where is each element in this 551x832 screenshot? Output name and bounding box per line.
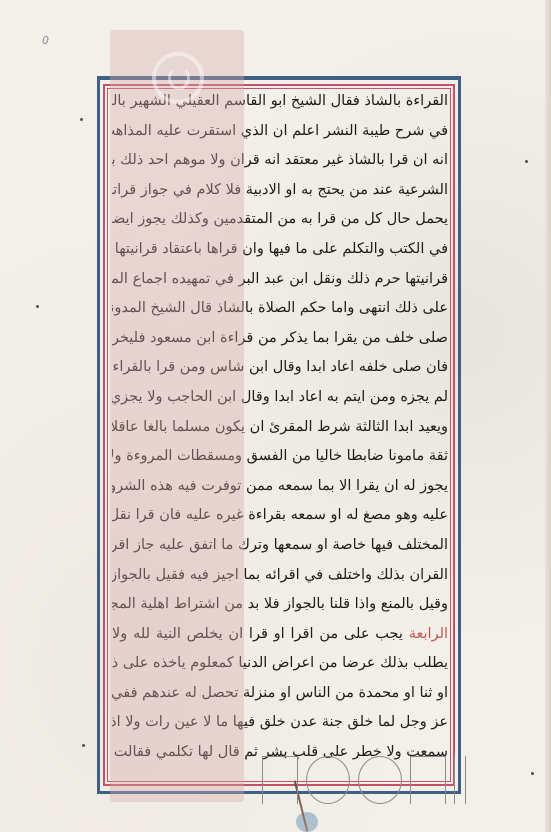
text-line-10: فان صلى خلفه اعاد ابدا وقال ابن شاس ومن … [112, 352, 448, 382]
text-line-4: الشرعية عند من يحتج به او الادبية فلا كل… [112, 175, 448, 205]
watermark-letter-o [306, 756, 350, 804]
text-line-5: يحمل حال كل من قرا به من المتقدمين وكذلك… [112, 204, 448, 234]
watermark-letter-n [410, 756, 446, 804]
watermark-letter-o [358, 756, 402, 804]
text-line-16: المختلف فيها خاصة او سمعها وترك ما اتفق … [112, 530, 448, 560]
text-line-2: في شرح طيبة النشر اعلم ان الذي استقرت عل… [112, 116, 448, 146]
text-line-3: انه ان قرا بالشاذ غير معتقد انه قران ولا… [112, 145, 448, 175]
text-line-7: قرانيتها حرم ذلك ونقل ابن عبد البر في تم… [112, 264, 448, 294]
noon-watermark [262, 752, 551, 804]
text-line-22: عز وجل لما خلق جنة عدن خلق فيها ما لا عي… [112, 707, 448, 737]
text-line-13: ثقة مامونا ضابطا خاليا من الفسق ومسقطات … [112, 441, 448, 471]
text-line-19-body: يجب على من اقرا او قرا ان يخلص النية لله… [112, 626, 403, 642]
text-line-20: يطلب بذلك عرضا من اعراض الدنيا كمعلوم يا… [112, 648, 448, 678]
text-line-15: عليه وهو مصغ له او سمعه بقراءة غيره عليه… [112, 500, 448, 530]
manuscript-page: 0 القراءة بالشاذ فقال الشيخ ابو القاسم ا… [0, 0, 551, 832]
text-line-11: لم يجزه ومن ايتم به اعاد ابدا وقال ابن ا… [112, 382, 448, 412]
watermark-letter-i [454, 756, 466, 804]
rubric-heading: الرابعة [409, 626, 448, 642]
text-line-19: الرابعة يجب على من اقرا او قرا ان يخلص ا… [112, 619, 448, 649]
watermark-letter-n [262, 756, 298, 804]
text-line-14: يجوز له ان يقرا الا بما سمعه ممن توفرت ف… [112, 471, 448, 501]
watermark-logo-icon [152, 52, 204, 104]
ink-speck [525, 160, 528, 163]
ink-speck [80, 118, 83, 121]
text-line-18: وقيل بالمنع واذا قلنا بالجواز فلا بد من … [112, 589, 448, 619]
text-line-6: في الكتب والتكلم على ما فيها وان قراها ب… [112, 234, 448, 264]
text-line-21: او ثنا او محمدة من الناس او منزلة تحصل ل… [112, 678, 448, 708]
page-edge [545, 0, 551, 832]
text-line-12: ويعيد ابدا الثالثة شرط المقرئ ان يكون مس… [112, 412, 448, 442]
text-line-8: على ذلك انتهى واما حكم الصلاة بالشاذ قال… [112, 293, 448, 323]
ink-speck [36, 305, 39, 308]
text-line-17: القران بذلك واختلف في اقرائه بما اجيز في… [112, 560, 448, 590]
manuscript-text-block: القراءة بالشاذ فقال الشيخ ابو القاسم الع… [112, 86, 448, 780]
ink-speck [82, 744, 85, 747]
text-line-9: صلى خلف من يقرا بما يذكر من قراءة ابن مس… [112, 323, 448, 353]
folio-mark: 0 [42, 34, 49, 47]
